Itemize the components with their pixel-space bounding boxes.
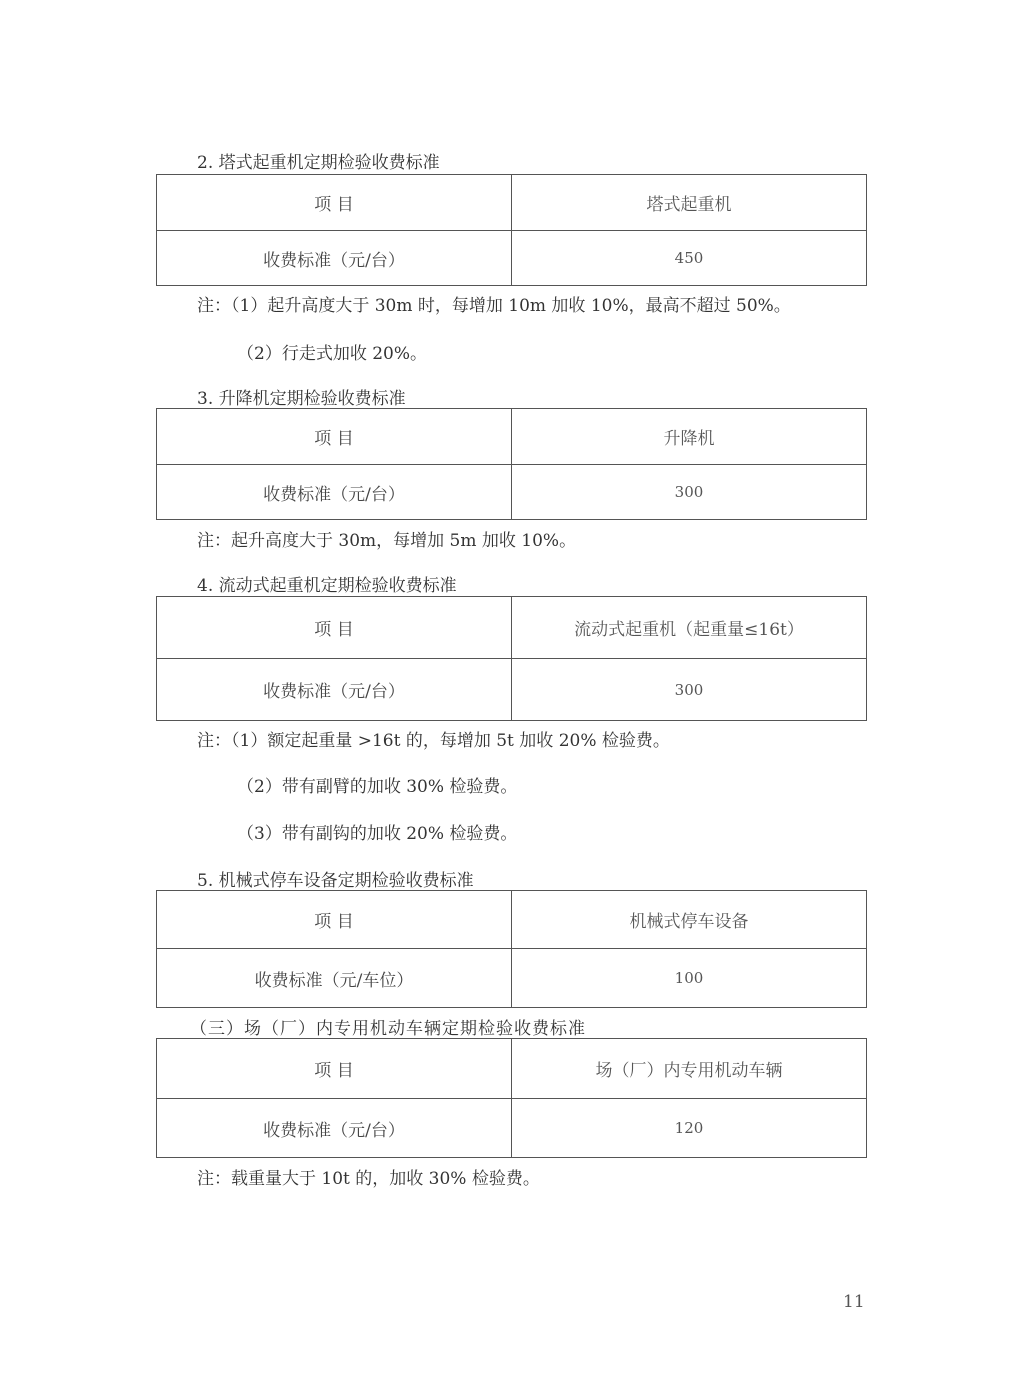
fee-table-elevator: 项 目 升降机 收费标准（元/台） 300 <box>156 408 867 520</box>
item-name: 场（厂）内专用机动车辆 <box>512 1039 867 1099</box>
fee-table-tower-crane: 项 目 塔式起重机 收费标准（元/台） 450 <box>156 174 867 286</box>
section-heading-vehicles: （三）场（厂）内专用机动车辆定期检验收费标准 <box>190 1014 586 1039</box>
fee-value: 120 <box>512 1099 867 1158</box>
fee-table-vehicles: 项 目 场（厂）内专用机动车辆 收费标准（元/台） 120 <box>156 1038 867 1158</box>
fee-label: 收费标准（元/车位） <box>157 949 512 1008</box>
item-label: 项 目 <box>157 409 512 465</box>
fee-value: 300 <box>512 659 867 721</box>
section-heading-tower-crane: 2. 塔式起重机定期检验收费标准 <box>197 148 440 173</box>
item-label: 项 目 <box>157 1039 512 1099</box>
section-heading-elevator: 3. 升降机定期检验收费标准 <box>197 384 406 409</box>
note: （2）行走式加收 20%。 <box>237 339 427 364</box>
note: （2）带有副臂的加收 30% 检验费。 <box>237 772 517 797</box>
page-number: 11 <box>843 1292 865 1312</box>
item-name: 塔式起重机 <box>512 175 867 231</box>
item-name: 流动式起重机（起重量≤16t） <box>512 597 867 659</box>
note: （3）带有副钩的加收 20% 检验费。 <box>237 819 517 844</box>
note: 注：（1）起升高度大于 30m 时，每增加 10m 加收 10%，最高不超过 5… <box>197 291 791 316</box>
item-label: 项 目 <box>157 597 512 659</box>
item-label: 项 目 <box>157 891 512 949</box>
item-label: 项 目 <box>157 175 512 231</box>
section-heading-parking-equipment: 5. 机械式停车设备定期检验收费标准 <box>197 866 474 891</box>
fee-value: 100 <box>512 949 867 1008</box>
fee-label: 收费标准（元/台） <box>157 231 512 286</box>
note: 注：起升高度大于 30m，每增加 5m 加收 10%。 <box>197 526 576 551</box>
fee-label: 收费标准（元/台） <box>157 659 512 721</box>
note: 注：（1）额定起重量 >16t 的，每增加 5t 加收 20% 检验费。 <box>197 726 670 751</box>
fee-label: 收费标准（元/台） <box>157 1099 512 1158</box>
fee-value: 450 <box>512 231 867 286</box>
fee-label: 收费标准（元/台） <box>157 465 512 520</box>
fee-value: 300 <box>512 465 867 520</box>
item-name: 升降机 <box>512 409 867 465</box>
note: 注：载重量大于 10t 的，加收 30% 检验费。 <box>197 1164 540 1189</box>
section-heading-mobile-crane: 4. 流动式起重机定期检验收费标准 <box>197 571 457 596</box>
fee-table-parking-equipment: 项 目 机械式停车设备 收费标准（元/车位） 100 <box>156 890 867 1008</box>
fee-table-mobile-crane: 项 目 流动式起重机（起重量≤16t） 收费标准（元/台） 300 <box>156 596 867 721</box>
item-name: 机械式停车设备 <box>512 891 867 949</box>
